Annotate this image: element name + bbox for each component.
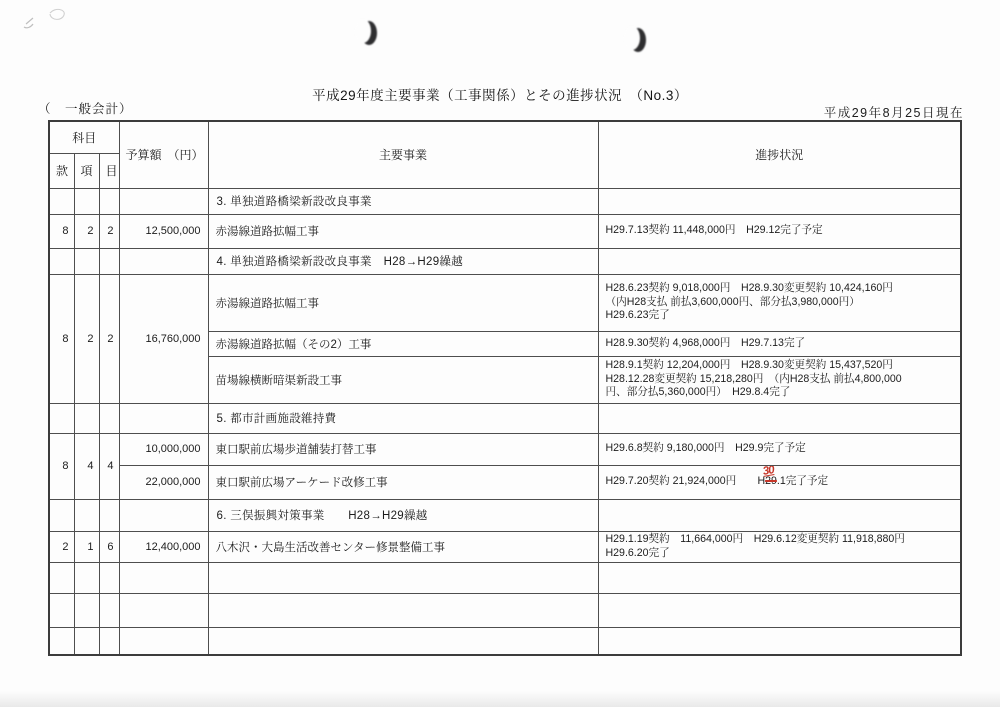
- scan-edge-shadow: [0, 691, 1000, 707]
- account-type-label: （ 一般会計）: [38, 99, 133, 117]
- table-row-station-plaza-arcade: 22,000,000 東口駅前広場アーケード改修工事 H29.7.20契約 21…: [49, 465, 961, 499]
- table-row-section-6: 6. 三俣振興対策事業 H28→H29繰越: [49, 499, 961, 531]
- cell-moku: 4: [99, 433, 119, 499]
- cell-kou: 4: [74, 433, 99, 499]
- cell-progress: H29.1.19契約 11,664,000円 H29.6.12変更契約 11,9…: [598, 531, 961, 562]
- cell-kan: 8: [49, 214, 74, 248]
- header-subject-group: 科目: [49, 121, 119, 153]
- table-row-yagisawa-center: 2 1 6 12,400,000 八木沢・大島生活改善センター修景整備工事 H2…: [49, 531, 961, 562]
- table-row-empty: [49, 627, 961, 655]
- header-progress: 進捗状況: [598, 121, 961, 188]
- cell-budget: 12,500,000: [119, 214, 208, 248]
- cell-kan: 8: [49, 433, 74, 499]
- cell-kou: 1: [74, 531, 99, 562]
- cell-progress: H28.9.30契約 4,968,000円 H29.7.13完了: [598, 331, 961, 356]
- table-row-section-5: 5. 都市計画施設維持費: [49, 403, 961, 433]
- cell-budget: 12,400,000: [119, 531, 208, 562]
- cell-progress: H28.6.23契約 9,018,000円 H28.9.30変更契約 10,42…: [598, 274, 961, 331]
- header-kan: 款: [49, 153, 74, 188]
- cell-moku: 2: [99, 274, 119, 403]
- projects-progress-table: 科目 予算額 （円） 主要事業 進捗状況 款 項 目 3. 単独道路橋梁新設改良…: [48, 120, 962, 656]
- struck-date-wrap: 2930: [765, 475, 777, 489]
- cell-major-project: 苗場線横断暗渠新設工事: [208, 356, 598, 403]
- cell-budget: 16,760,000: [119, 274, 208, 403]
- table-row-station-plaza-pavement: 8 4 4 10,000,000 東口駅前広場歩道舗装打替工事 H29.6.8契…: [49, 433, 961, 465]
- table-row-section-3: 3. 単独道路橋梁新設改良事業: [49, 188, 961, 214]
- table-row-akayu-widening-carryover: 8 2 2 16,760,000 赤湯線道路拡幅工事 H28.6.23契約 9,…: [49, 274, 961, 331]
- cell-major-project: 八木沢・大島生活改善センター修景整備工事: [208, 531, 598, 562]
- cell-budget: 22,000,000: [119, 465, 208, 499]
- cell-budget: 10,000,000: [119, 433, 208, 465]
- cell-major-project: 東口駅前広場歩道舗装打替工事: [208, 433, 598, 465]
- cell-kou: 2: [74, 214, 99, 248]
- section-title: 5. 都市計画施設維持費: [208, 403, 598, 433]
- progress-text: H29.7.20契約 21,924,000円 H: [606, 475, 766, 487]
- table-row-empty: [49, 593, 961, 627]
- pencil-scribble-mark: [16, 4, 86, 38]
- cell-progress: H29.6.8契約 9,180,000円 H29.9完了予定: [598, 433, 961, 465]
- section-title: 6. 三俣振興対策事業 H28→H29繰越: [208, 499, 598, 531]
- section-title: 3. 単独道路橋梁新設改良事業: [208, 188, 598, 214]
- cell-major-project: 東口駅前広場アーケード改修工事: [208, 465, 598, 499]
- header-kou: 項: [74, 153, 99, 188]
- table-row-section-4: 4. 単独道路橋梁新設改良事業 H28→H29繰越: [49, 248, 961, 274]
- header-row-1: 科目 予算額 （円） 主要事業 進捗状況: [49, 121, 961, 153]
- table-row-empty: [49, 562, 961, 593]
- cell-kan: 8: [49, 274, 74, 403]
- scanned-document-page: { "page": { "title": "平成29年度主要事業（工事関係）とそ…: [0, 0, 1000, 707]
- cell-moku: 6: [99, 531, 119, 562]
- document-title: 平成29年度主要事業（工事関係）とその進捗状況 （No.3）: [0, 84, 1000, 104]
- cell-progress: H28.9.1契約 12,204,000円 H28.9.30変更契約 15,43…: [598, 356, 961, 403]
- cell-progress: H29.7.13契約 11,448,000円 H29.12完了予定: [598, 214, 961, 248]
- cell-kan: 2: [49, 531, 74, 562]
- section-title: 4. 単独道路橋梁新設改良事業 H28→H29繰越: [208, 248, 598, 274]
- binder-hole-shadow-icon: [361, 21, 377, 45]
- cell-moku: 2: [99, 214, 119, 248]
- header-major: 主要事業: [208, 121, 598, 188]
- as-of-date: 平成29年8月25日現在: [824, 103, 964, 121]
- cell-kou: 2: [74, 274, 99, 403]
- header-budget: 予算額 （円）: [119, 121, 208, 188]
- binder-hole-shadow-icon: [630, 28, 646, 52]
- cell-progress-corrected: H29.7.20契約 21,924,000円 H2930.1完了予定: [598, 465, 961, 499]
- table-row-akayu-widening: 8 2 2 12,500,000 赤湯線道路拡幅工事 H29.7.13契約 11…: [49, 214, 961, 248]
- progress-text: .1完了予定: [777, 475, 828, 487]
- handwritten-correction: 30: [762, 465, 775, 480]
- cell-major-project: 赤湯線道路拡幅工事: [208, 214, 598, 248]
- cell-major-project: 赤湯線道路拡幅工事: [208, 274, 598, 331]
- cell-major-project: 赤湯線道路拡幅（その2）工事: [208, 331, 598, 356]
- header-moku: 目: [99, 153, 119, 188]
